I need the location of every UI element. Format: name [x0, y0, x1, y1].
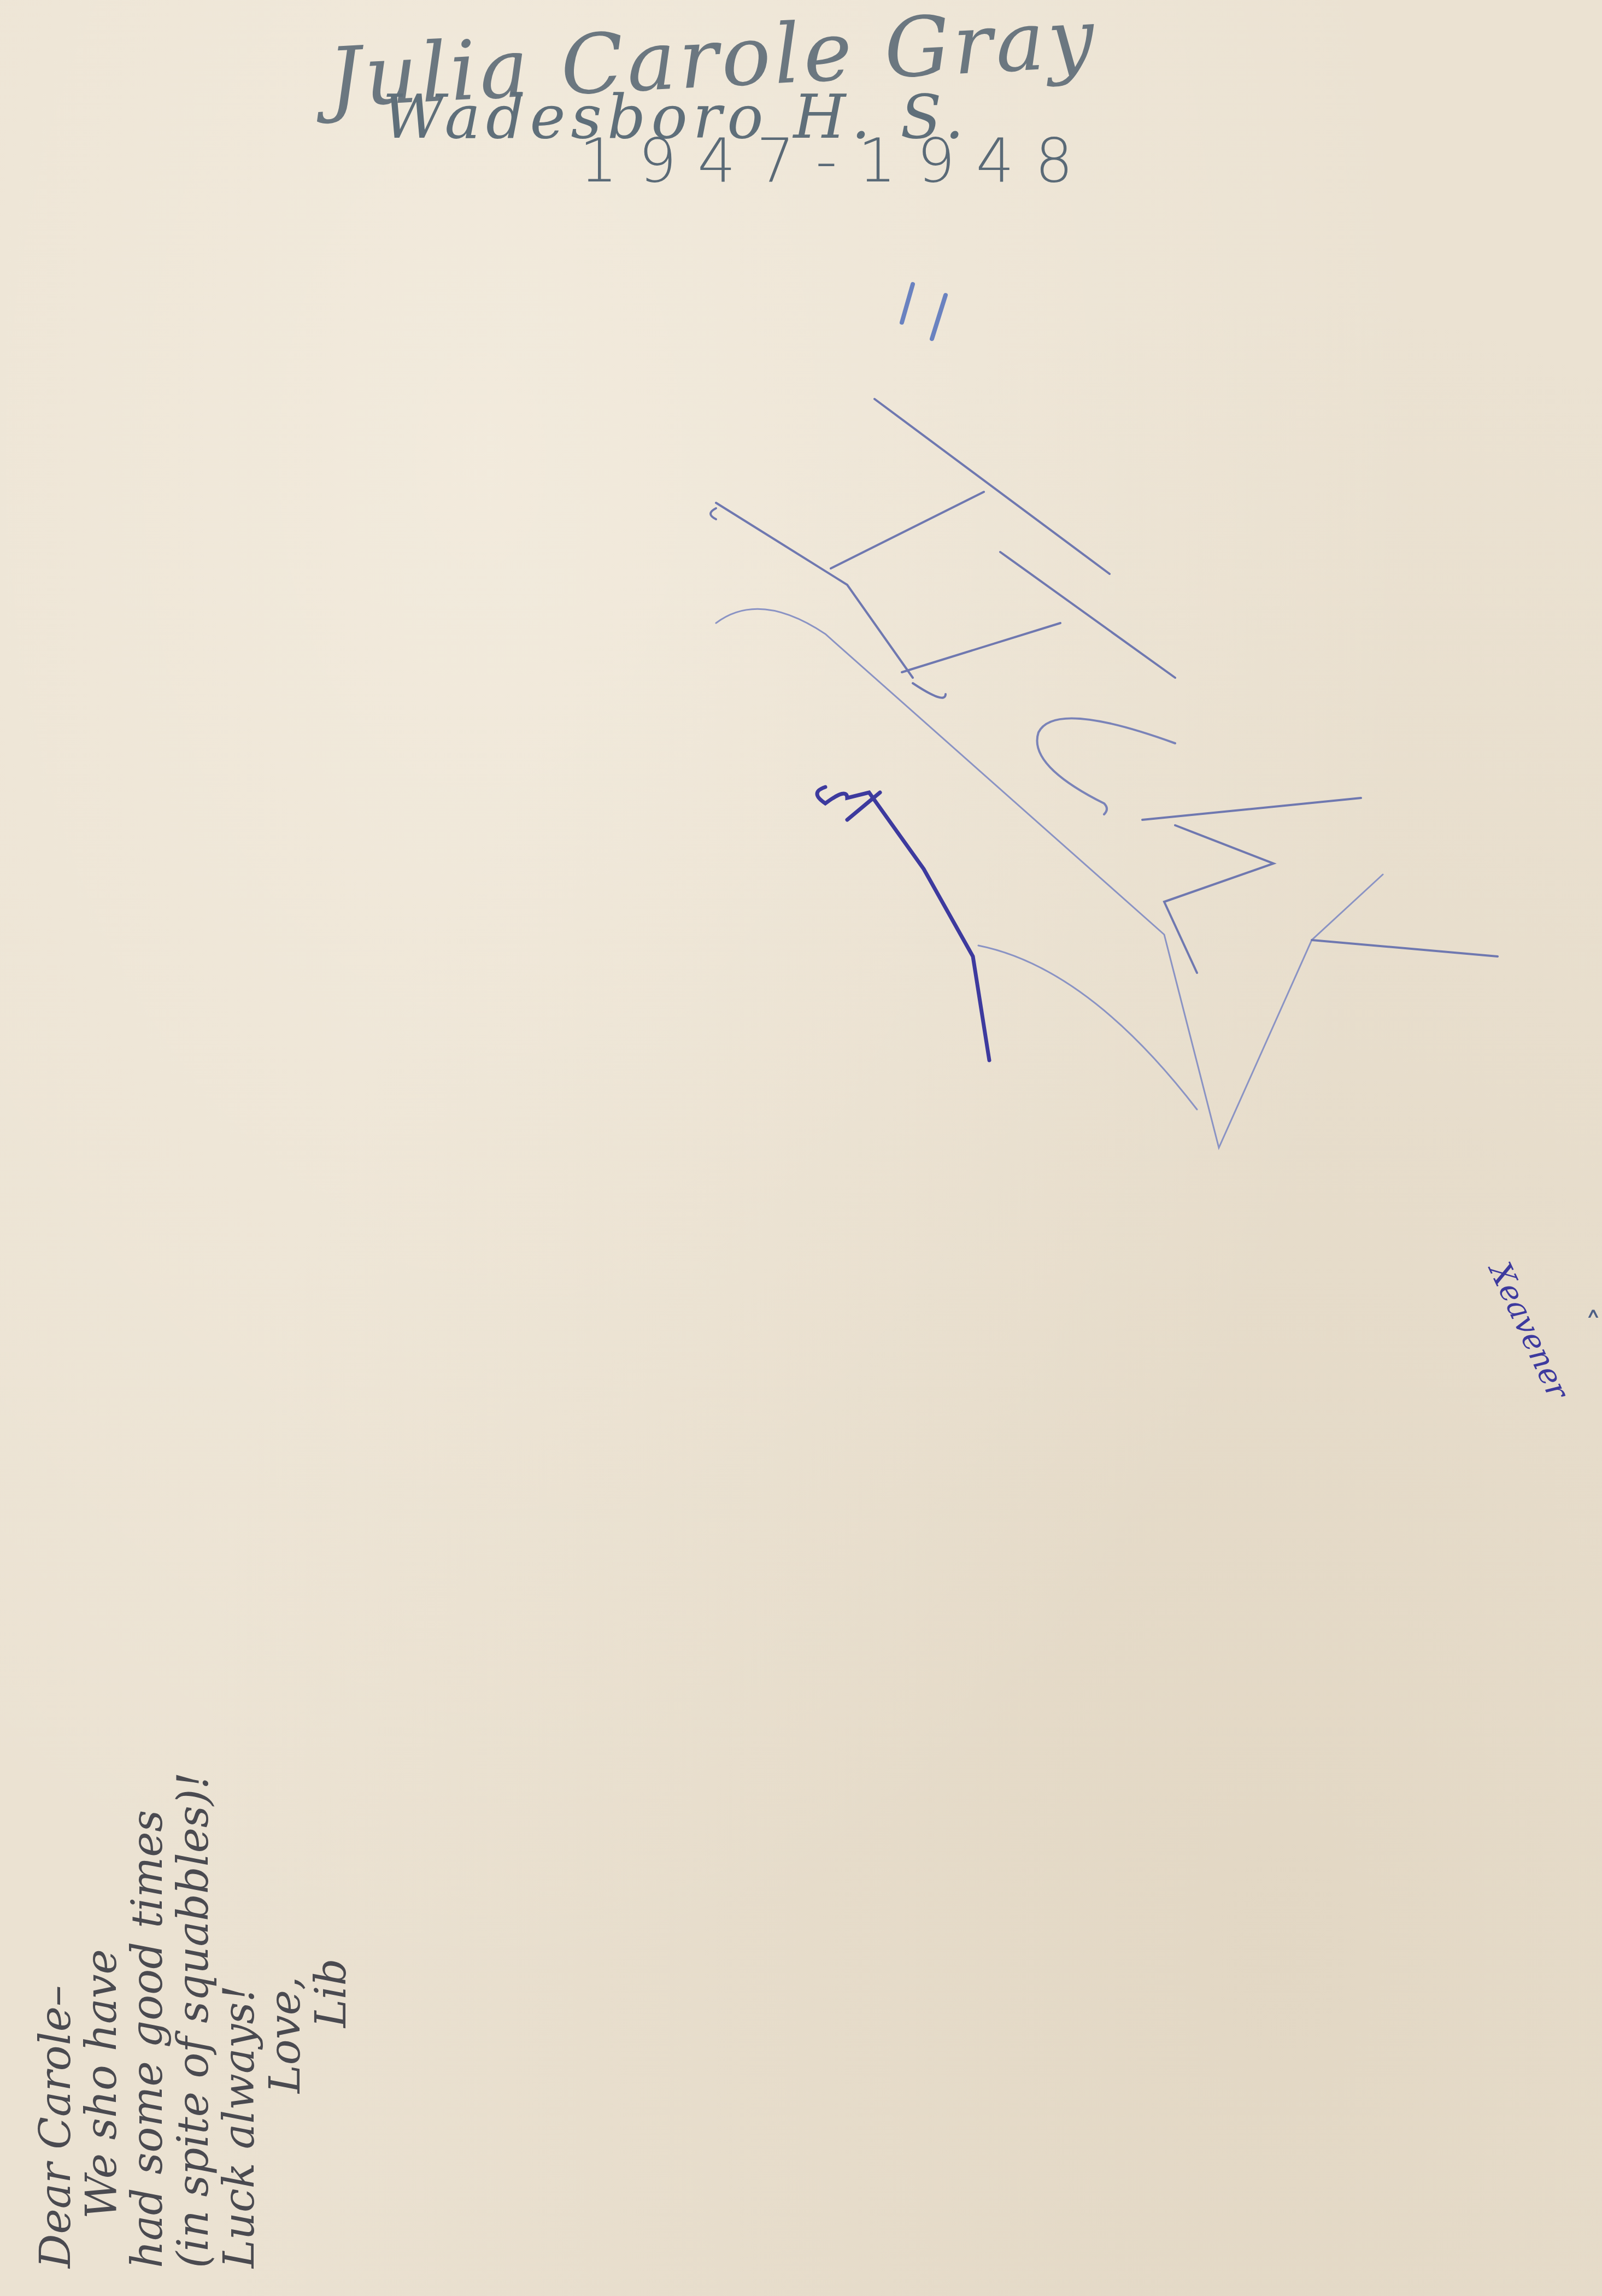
note-closing: Love, — [262, 1776, 308, 2093]
note-line-3: had some good times — [125, 1776, 171, 2268]
note-line-4: (in spite of squabbles)! — [171, 1776, 216, 2268]
edge-ink-mark: ˄ — [1585, 1306, 1600, 1399]
note-line-2: We sho have — [79, 1776, 125, 2219]
signature-flourish-icon — [817, 787, 989, 1060]
decorative-drawing: ” Xeavener — [683, 246, 1558, 1448]
handwritten-note: Dear Carole– We sho have had some good t… — [33, 1776, 354, 2268]
school-years: 1947-1948 — [579, 126, 1094, 196]
note-line-5: Luck always! — [216, 1776, 262, 2268]
lettering-sketch-icon — [683, 246, 1558, 1448]
note-line-1: Dear Carole– — [33, 1776, 79, 2268]
yearbook-page: Julia Carole Gray Wadesboro H. S. 1947-1… — [0, 0, 1602, 2296]
note-signature: Lib — [308, 1776, 354, 2028]
